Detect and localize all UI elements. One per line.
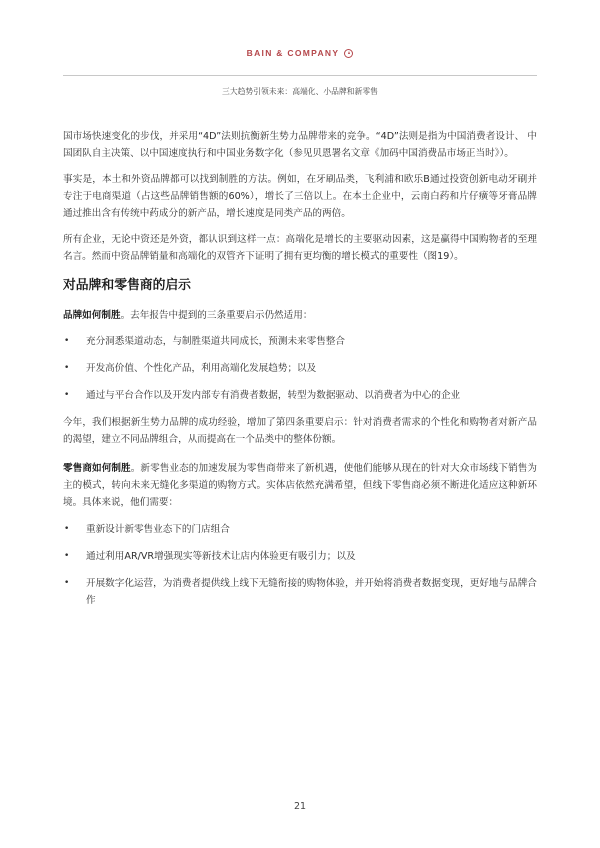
report-subtitle: 三大趋势引领未来：高端化、小品牌和新零售 — [0, 86, 600, 97]
brands-bullet-list: •充分洞悉渠道动态，与制胜渠道共同成长，预测未来零售整合 •开发高价值、个性化产… — [63, 333, 537, 404]
list-item: •通过利用AR/VR增强现实等新技术让店内体验更有吸引力；以及 — [63, 548, 537, 565]
list-item: •开展数字化运营，为消费者提供线上线下无缝衔接的购物体验，并开始将消费者数据变现… — [63, 575, 537, 609]
brands-intro-text: 。去年报告中提到的三条重要启示仍然适用： — [121, 310, 313, 321]
brand-name: BAIN & COMPANY — [247, 48, 340, 58]
list-item: •充分洞悉渠道动态，与制胜渠道共同成长，预测未来零售整合 — [63, 333, 537, 350]
list-item: •开发高价值、个性化产品，利用高端化发展趋势；以及 — [63, 360, 537, 377]
list-item: •通过与平台合作以及开发内部专有消费者数据，转型为数据驱动、以消费者为中心的企业 — [63, 387, 537, 404]
paragraph-4d-rule: 国市场快速变化的步伐，并采用“4D”法则抗衡新生势力品牌带来的竞争。“4D”法则… — [63, 128, 537, 162]
bullet-icon: • — [64, 521, 69, 538]
bullet-icon: • — [64, 548, 69, 565]
brands-intro: 品牌如何制胜。去年报告中提到的三条重要启示仍然适用： — [63, 307, 537, 324]
page-content: 国市场快速变化的步伐，并采用“4D”法则抗衡新生势力品牌带来的竞争。“4D”法则… — [63, 128, 537, 619]
paragraph-premiumization: 所有企业，无论中资还是外资，都认识到这样一点：高端化是增长的主要驱动因素，这是赢… — [63, 231, 537, 265]
list-item: •重新设计新零售业态下的门店组合 — [63, 521, 537, 538]
circle-triangle-icon — [344, 49, 353, 58]
paragraph-winning-methods: 事实是，本土和外资品牌都可以找到制胜的方法。例如，在牙刷品类，飞利浦和欧乐B通过… — [63, 171, 537, 222]
bullet-icon: • — [64, 360, 69, 377]
bullet-icon: • — [64, 575, 69, 592]
brands-lead: 品牌如何制胜 — [63, 310, 121, 321]
retailers-lead: 零售商如何制胜 — [63, 463, 131, 474]
bain-logo: BAIN & COMPANY — [0, 48, 600, 58]
retailers-intro-text: 。新零售业态的加速发展为零售商带来了新机遇，使他们能够从现在的针对大众市场线下销… — [63, 463, 537, 508]
section-heading: 对品牌和零售商的启示 — [63, 277, 537, 295]
retailers-intro: 零售商如何制胜。新零售业态的加速发展为零售商带来了新机遇，使他们能够从现在的针对… — [63, 460, 537, 511]
paragraph-fourth-insight: 今年，我们根据新生势力品牌的成功经验，增加了第四条重要启示：针对消费者需求的个性… — [63, 414, 537, 448]
retailers-bullet-list: •重新设计新零售业态下的门店组合 •通过利用AR/VR增强现实等新技术让店内体验… — [63, 521, 537, 609]
header-divider — [63, 75, 537, 76]
bullet-icon: • — [64, 333, 69, 350]
page-number: 21 — [0, 801, 600, 812]
bullet-icon: • — [64, 387, 69, 404]
